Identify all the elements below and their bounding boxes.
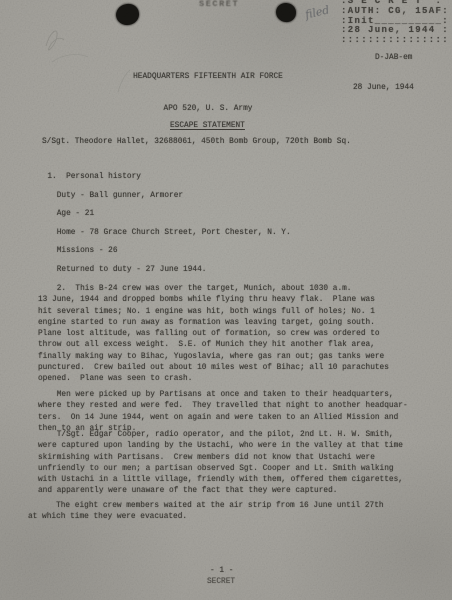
paragraph-5: The eight crew members waited at the air… [28, 501, 384, 524]
subject-line: S/Sgt. Theodore Hallet, 32688061, 450th … [42, 137, 351, 148]
reference-code: D-JAB-em [375, 53, 412, 64]
document-title: ESCAPE STATEMENT [170, 121, 245, 132]
paragraph-4: T/Sgt. Edgar Cooper, radio operator, and… [38, 430, 403, 498]
secret-stamp-top: SECRET [199, 0, 239, 9]
paragraph-3: Men were picked up by Partisans at once … [38, 390, 408, 435]
classification-stamp-box: :S E C R E T : :AUTH: CG, 15AF: :Init___… [341, 0, 449, 46]
hole-punch-left [115, 3, 141, 27]
letterhead-org-line: HEADQUARTERS FIFTEENTH AIR FORCE [132, 72, 284, 83]
date-line: 28 June, 1944 [353, 83, 414, 94]
paragraph-2: 2. This B-24 crew was over the target, M… [38, 284, 389, 386]
scanned-document-page: SECRET filed :S E C R E T : :AUTH: CG, 1… [0, 0, 452, 600]
handwritten-filed-note: filed [304, 3, 331, 21]
personal-history-section: 1. Personal history Duty - Ball gunner, … [38, 168, 291, 280]
page-number: - 1 - [210, 566, 233, 577]
classification-footer: SECRET [207, 577, 235, 588]
hole-punch-right [275, 2, 297, 23]
letterhead-apo-line: APO 520, U. S. Army [132, 104, 284, 115]
